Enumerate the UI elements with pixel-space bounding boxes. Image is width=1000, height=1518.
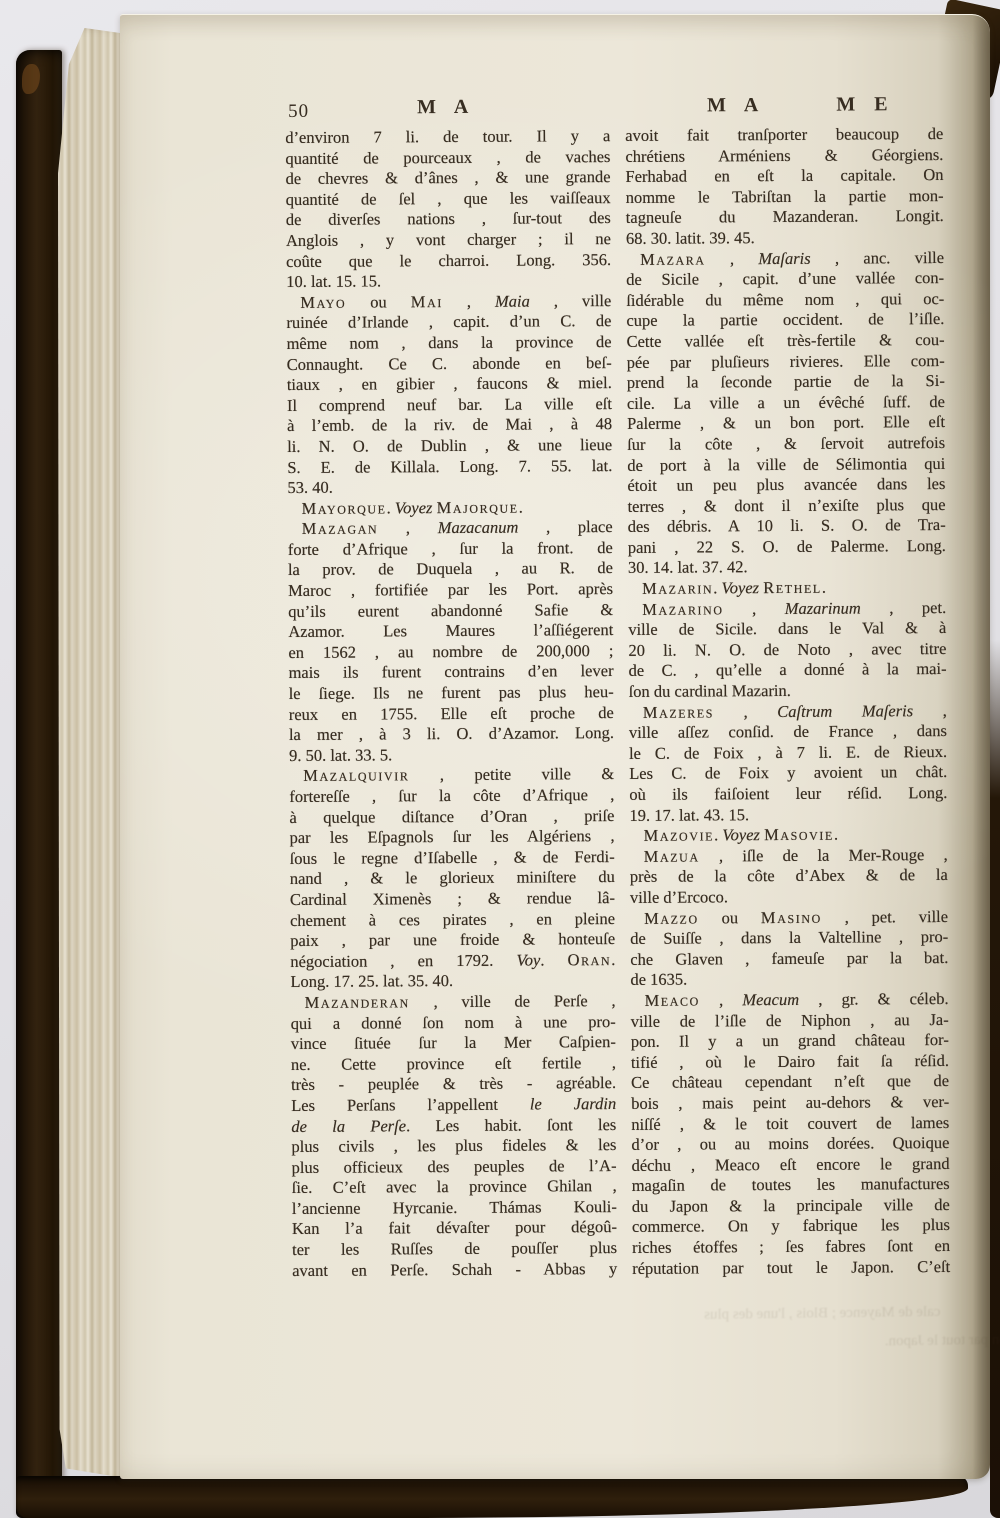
text-line: qu’ils eurent abandonné Safie & bbox=[288, 600, 613, 623]
text-line: tifié , où le Dairo fait ſa réſid. bbox=[631, 1051, 949, 1074]
text-line: de port à la ville de Sélimontia qui bbox=[627, 453, 945, 476]
text-line: la prov. de Duquela , au R. de bbox=[288, 558, 613, 581]
text-line: reux en 1755. Elle eſt proche de bbox=[289, 703, 614, 726]
text-line: riches étoffes ; ſes fabres ſont en bbox=[632, 1236, 950, 1259]
text-line: ville de l’iſle de Niphon , au Ja- bbox=[631, 1010, 949, 1033]
text-line: ſur la côte , & ſervoit autrefois bbox=[627, 433, 945, 456]
text-line: étoit un peu plus avancée dans les bbox=[627, 474, 945, 497]
text-line: Mazagan , Mazacanum , place bbox=[288, 517, 613, 540]
text-line: près de la côte d’Abex & de la bbox=[630, 865, 948, 888]
text-line: de 1635. bbox=[630, 968, 948, 991]
book-cover-bottom-edge bbox=[16, 1476, 968, 1518]
text-line: plus officieux des peuples de l’A- bbox=[292, 1156, 617, 1179]
text-line: même nom , dans la province de bbox=[286, 332, 611, 355]
text-line: coûte que le charroi. Long. 356. bbox=[286, 250, 611, 273]
text-line: quantité de pourceaux , de vaches bbox=[285, 147, 610, 170]
text-line: vince ſituée ſur la Mer Caſpien- bbox=[291, 1032, 616, 1055]
text-line: avant en Perſe. Schah - Abbas y bbox=[292, 1259, 617, 1282]
text-line: forte d’Afrique , ſur la front. de bbox=[288, 538, 613, 561]
text-line: Connaught. Ce C. abonde en beſ- bbox=[287, 353, 612, 376]
binding-gutter-shadow bbox=[990, 640, 1000, 1518]
text-line: de la Perſe. Les habit. ſont les bbox=[291, 1115, 616, 1138]
dictionary-entry: Mazarin. Voyez Rethel. bbox=[628, 577, 946, 600]
text-line: par les Eſpagnols ſur les Algériens , bbox=[290, 826, 615, 849]
text-line: Azamor. Les Maures l’aſſiégerent bbox=[288, 620, 613, 643]
running-head-right-first: M A bbox=[707, 94, 765, 130]
text-line: avoit fait tranſporter beaucoup de bbox=[625, 124, 943, 147]
text-line: Mayorque. Voyez Majorque. bbox=[287, 497, 612, 520]
text-line: pani , 22 S. O. de Palerme. Long. bbox=[628, 536, 946, 559]
text-line: Mazara , Maſaris , anc. ville bbox=[626, 248, 944, 271]
text-line: Les C. de Foix y avoient un chât. bbox=[629, 762, 947, 785]
running-head-row: 50 M A M A M E bbox=[285, 88, 943, 128]
text-line: de C. , qu’elle a donné à la mai- bbox=[628, 659, 946, 682]
text-column-left: d’environ 7 li. de tour. Il y aquantité … bbox=[285, 126, 617, 1281]
text-line: pée par pluſieurs rivieres. Elle com- bbox=[627, 351, 945, 374]
text-line: ruinée d’Irlande , capit. d’un C. de bbox=[286, 311, 611, 334]
dictionary-entry: d’environ 7 li. de tour. Il y aquantité … bbox=[285, 126, 611, 293]
text-line: Ferhabad en eſt la capitale. On bbox=[625, 165, 943, 188]
text-line: nomme le Tabriſtan la partie mon- bbox=[626, 186, 944, 209]
text-line: Ce château cependant n’eſt que de bbox=[631, 1071, 949, 1094]
text-line: Mazarino , Mazarinum , pet. bbox=[628, 598, 946, 621]
text-line: à quelque diſtance d’Oran , priſe bbox=[289, 806, 614, 829]
text-line: chement à ces pirates , en pleine bbox=[290, 909, 615, 932]
text-line: Mazzo ou Masino , pet. ville bbox=[630, 907, 948, 930]
text-line: Mazalquivir , petite ville & bbox=[289, 764, 614, 787]
printed-page-content: 50 M A M A M E d’environ 7 li. de tour. … bbox=[285, 88, 950, 1281]
text-column-right: avoit fait tranſporter beaucoup dechréti… bbox=[625, 124, 950, 1279]
text-line: des débris. A 10 li. S. O. de Tra- bbox=[628, 515, 946, 538]
text-line: du Japon & la principale ville de bbox=[632, 1195, 950, 1218]
text-line: déchu , Meaco eſt encore le grand bbox=[632, 1154, 950, 1177]
text-line: S. E. de Killala. Long. 7. 55. lat. bbox=[287, 456, 612, 479]
text-line: li. N. O. de Dublin , & une lieue bbox=[287, 435, 612, 458]
dictionary-entry: Mazeres , Caſtrum Maſeris ,ville aſſez c… bbox=[629, 701, 948, 827]
text-line: Anglois , y vont charger ; il ne bbox=[286, 229, 611, 252]
text-line: Kan l’a fait dévaſter pour dégoû- bbox=[292, 1217, 617, 1240]
text-line: Mazua , iſle de la Mer-Rouge , bbox=[630, 845, 948, 868]
text-line: qui a donné ſon nom à une pro- bbox=[291, 1012, 616, 1035]
photo-background: { "page_meta": { "folio_number": "50" },… bbox=[0, 0, 1000, 1518]
page-number: 50 bbox=[288, 101, 309, 123]
book-cover-leather-edge bbox=[16, 50, 62, 1518]
text-line: bois , mais peint au-dehors & ver- bbox=[631, 1092, 949, 1115]
dictionary-entry: Mazagan , Mazacanum , placeforte d’Afriq… bbox=[288, 517, 615, 766]
text-line: ville d’Ercoco. bbox=[630, 886, 948, 909]
dictionary-entry: Mazarino , Mazarinum , pet.ville de Sici… bbox=[628, 598, 947, 703]
text-line: ſous le regne d’Iſabelle , & de Ferdi- bbox=[290, 847, 615, 870]
text-line: Mazovie. Voyez Masovie. bbox=[629, 824, 947, 847]
text-line: Mazarin. Voyez Rethel. bbox=[628, 577, 946, 600]
text-line: pon. Il y a un grand château for- bbox=[631, 1030, 949, 1053]
text-line: ſidérable du même nom , qui oc- bbox=[626, 289, 944, 312]
text-line: cupe la partie occident. de l’iſle. bbox=[626, 309, 944, 332]
text-line: 30. 14. lat. 37. 42. bbox=[628, 556, 946, 579]
text-line: le ſiege. Ils ne furent pas plus heu- bbox=[289, 682, 614, 705]
running-head-left: M A bbox=[417, 96, 475, 119]
text-line: ville de Sicile. dans le Val & à bbox=[628, 618, 946, 641]
text-line: Les Perſans l’appellent le Jardin bbox=[291, 1094, 616, 1117]
text-line: la mer , à 3 li. O. d’Azamor. Long. bbox=[289, 723, 614, 746]
text-line: che Glaven , fameuſe par la bat. bbox=[630, 948, 948, 971]
text-line: 20 li. N. O. de Noto , avec titre bbox=[628, 639, 946, 662]
text-line: d’environ 7 li. de tour. Il y a bbox=[285, 126, 610, 149]
text-line: plus civils , les plus fideles & les bbox=[291, 1135, 616, 1158]
text-line: paix , par une froide & honteuſe bbox=[290, 929, 615, 952]
text-line: ter les Ruſſes de pouſſer plus bbox=[292, 1238, 617, 1261]
dictionary-entry: Mazzo ou Masino , pet. villede Suiſſe , … bbox=[630, 907, 948, 991]
text-line: Cette vallée eſt très-fertile & cou- bbox=[626, 330, 944, 353]
dictionary-entry: Mazanderan , ville de Perſe ,qui a donné… bbox=[291, 991, 618, 1281]
dictionary-entry: Mazara , Maſaris , anc. villede Sicile ,… bbox=[626, 248, 946, 579]
text-line: Cardinal Ximenès ; & rendue lâ- bbox=[290, 888, 615, 911]
dictionary-entry: avoit fait tranſporter beaucoup dechréti… bbox=[625, 124, 944, 250]
text-line: le C. de Foix , à 7 li. E. de Rieux. bbox=[629, 742, 947, 765]
text-line: de Suiſſe , dans la Valtelline , pro- bbox=[630, 927, 948, 950]
text-line: Long. 17. 25. lat. 35. 40. bbox=[290, 970, 615, 993]
text-line: Il comprend neuf bar. La ville eſt bbox=[287, 394, 612, 417]
text-line: quantité de ſel , que les vaiſſeaux bbox=[286, 188, 611, 211]
text-line: ne. Cette province eſt fertile , bbox=[291, 1053, 616, 1076]
text-line: où ils faiſoient leur réſid. Long. bbox=[629, 783, 947, 806]
text-line: niſſé , & le toit couvert de lames bbox=[631, 1112, 949, 1135]
text-columns: d’environ 7 li. de tour. Il y aquantité … bbox=[285, 124, 950, 1281]
text-line: chrétiens Arméniens & Géorgiens. bbox=[625, 145, 943, 168]
dictionary-entry: Mazovie. Voyez Masovie. bbox=[629, 824, 947, 847]
text-line: en 1562 , au nombre de 200,000 ; bbox=[288, 641, 613, 664]
text-line: 19. 17. lat. 43. 15. bbox=[629, 804, 947, 827]
text-line: l’ancienne Hyrcanie. Thámas Kouli- bbox=[292, 1197, 617, 1220]
text-line: terres , & dont il n’exiſte plus que bbox=[627, 495, 945, 518]
dictionary-entry: Mayo ou Mai , Maia , villeruinée d’Irlan… bbox=[286, 291, 612, 499]
text-line: tagneuſe du Mazanderan. Longit. bbox=[626, 206, 944, 229]
text-line: ſon du cardinal Mazarin. bbox=[629, 680, 947, 703]
text-line: Meaco , Meacum , gr. & céleb. bbox=[631, 989, 949, 1012]
text-line: Mazeres , Caſtrum Maſeris , bbox=[629, 701, 947, 724]
text-line: très - peuplée & très - agréable. bbox=[291, 1073, 616, 1096]
text-line: cile. La ville a un évêché ſuff. de bbox=[627, 392, 945, 415]
text-line: 68. 30. latit. 39. 45. bbox=[626, 227, 944, 250]
running-head-right-second: M E bbox=[836, 93, 894, 129]
dictionary-entry: Meaco , Meacum , gr. & céleb.ville de l’… bbox=[631, 989, 951, 1279]
text-line: de Sicile , capit. d’une vallée con- bbox=[626, 268, 944, 291]
text-line: ville aſſez conſid. de France , dans bbox=[629, 721, 947, 744]
text-line: de diverſes nations , ſur-tout des bbox=[286, 208, 611, 231]
text-line: Maroc , fortifiée par les Port. après bbox=[288, 579, 613, 602]
dictionary-entry: Mazua , iſle de la Mer-Rouge ,près de la… bbox=[630, 845, 948, 909]
dictionary-entry: Mayorque. Voyez Majorque. bbox=[287, 497, 612, 520]
text-line: tiaux , en gibier , faucons & miel. bbox=[287, 373, 612, 396]
text-line: magaſin de toutes les manufactures bbox=[632, 1174, 950, 1197]
text-line: mais ils furent contrains d’en lever bbox=[288, 661, 613, 684]
text-line: Mazanderan , ville de Perſe , bbox=[291, 991, 616, 1014]
running-head-right-column: M A M E bbox=[625, 88, 943, 126]
text-line: négociation , en 1792. Voy. Oran. bbox=[290, 950, 615, 973]
text-line: 9. 50. lat. 33. 5. bbox=[289, 744, 614, 767]
text-line: fortereſſe , ſur la côte d’Afrique , bbox=[289, 785, 614, 808]
text-line: prend la ſeconde partie de la Si- bbox=[627, 371, 945, 394]
text-line: Palerme , & un bon port. Elle eſt bbox=[627, 412, 945, 435]
text-line: commerce. On y fabrique les plus bbox=[632, 1215, 950, 1238]
text-line: 53. 40. bbox=[287, 476, 612, 499]
text-line: 10. lat. 15. 15. bbox=[286, 270, 611, 293]
text-line: réputation par tout le Japon. C’eſt bbox=[632, 1257, 950, 1280]
dictionary-entry: Mazalquivir , petite ville &fortereſſe ,… bbox=[289, 764, 615, 993]
text-line: d’or , ou au moins dorées. Quoique bbox=[631, 1133, 949, 1156]
text-line: ſie. C’eſt avec la province Ghilan , bbox=[292, 1176, 617, 1199]
text-line: nand , & le glorieux miniſtere du bbox=[290, 867, 615, 890]
running-head-left-column: 50 M A bbox=[285, 90, 610, 128]
text-line: de chevres & d’ânes , & une grande bbox=[285, 167, 610, 190]
text-line: Mayo ou Mai , Maia , ville bbox=[286, 291, 611, 314]
text-line: à l’emb. de la riv. de Mai , à 48 bbox=[287, 414, 612, 437]
